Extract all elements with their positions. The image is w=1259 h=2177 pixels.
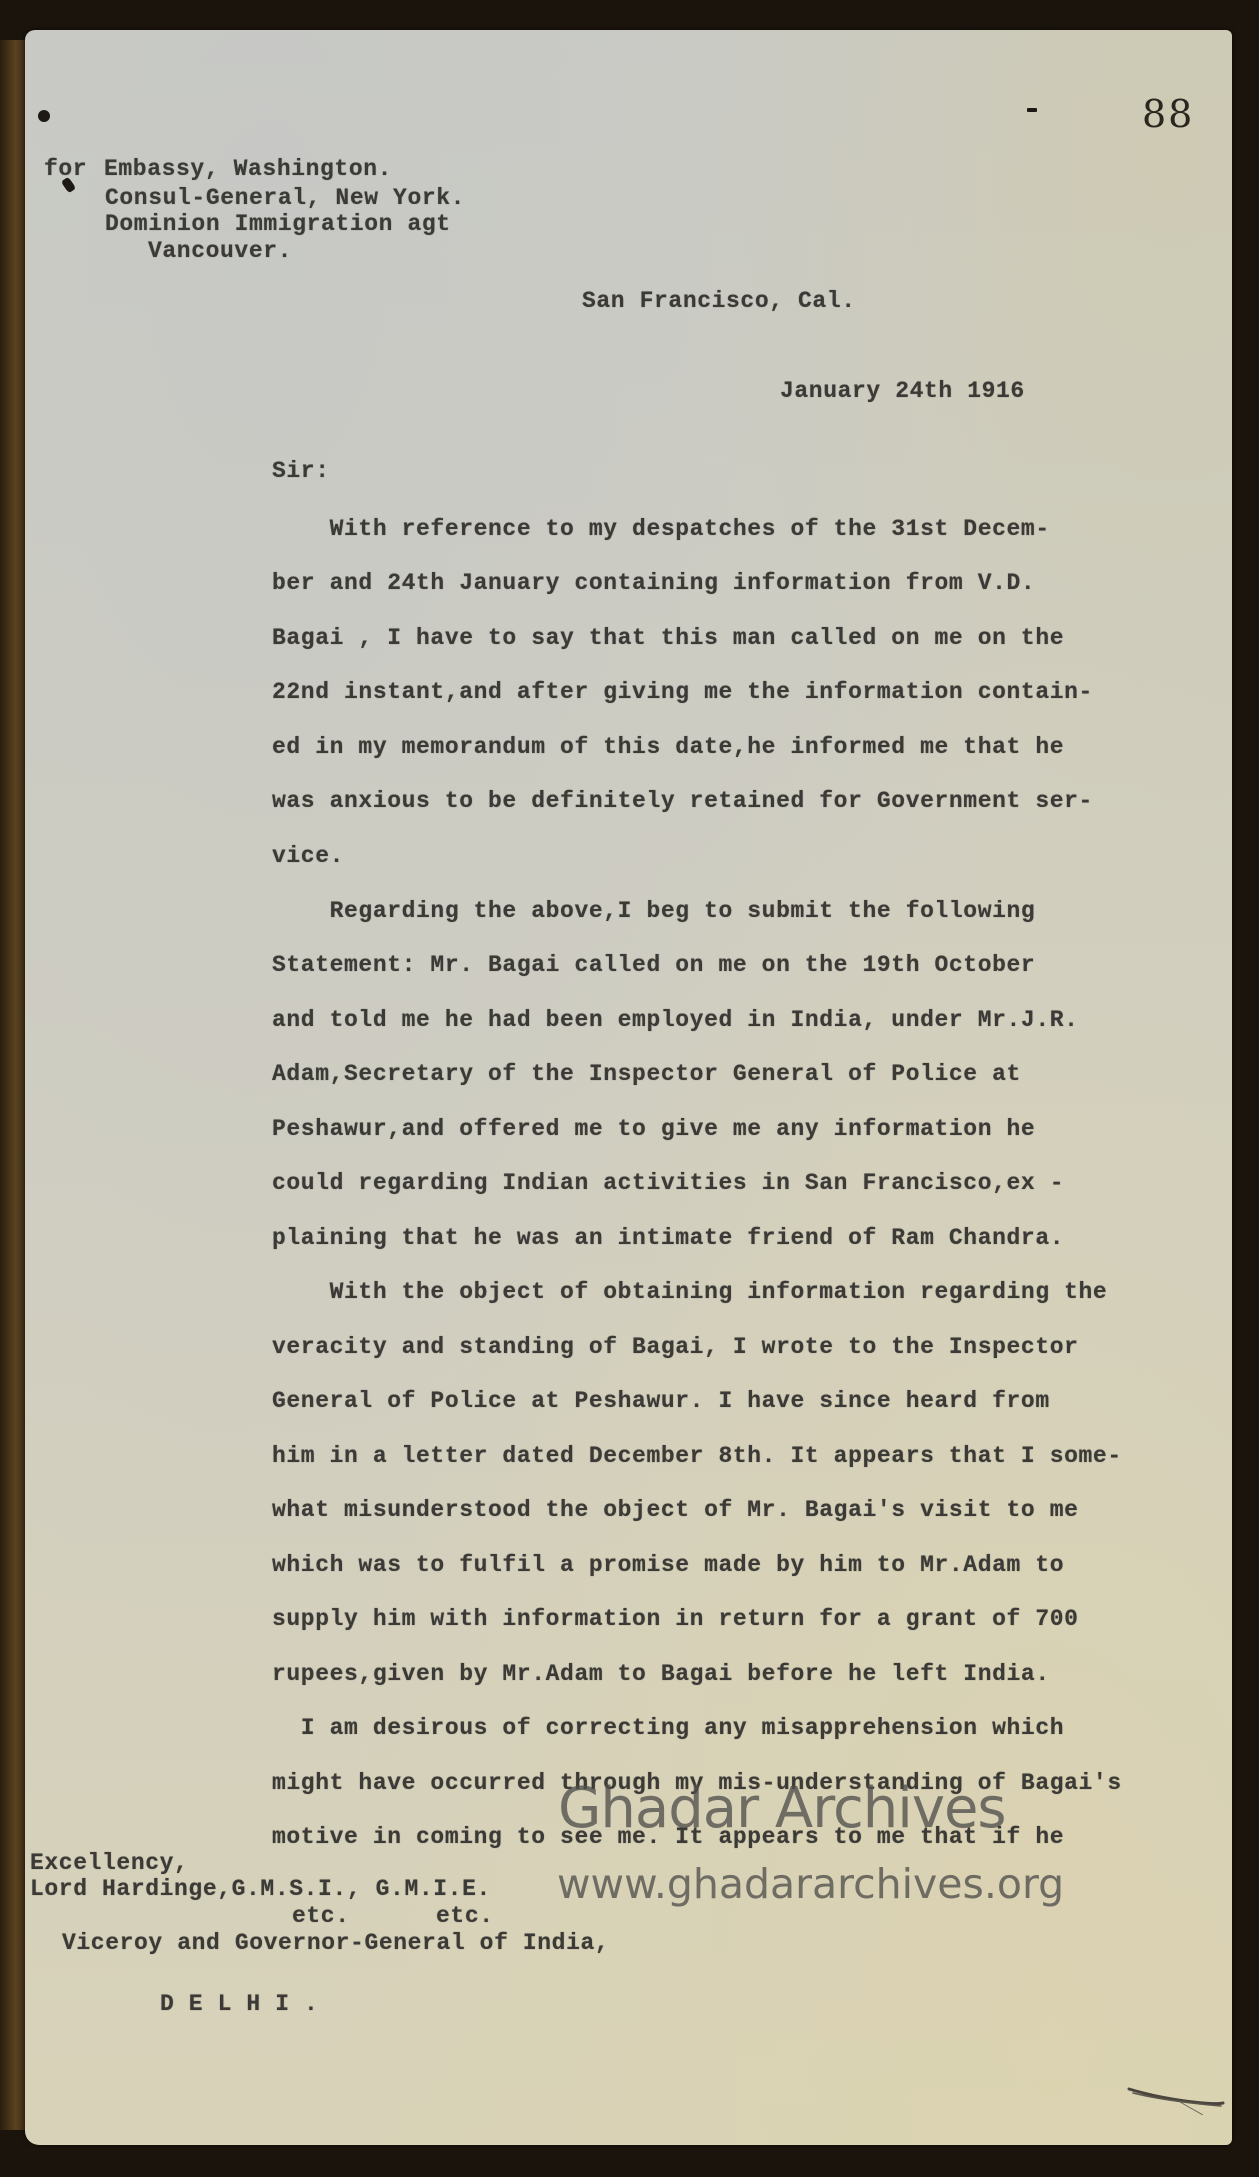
body-line: could regarding Indian activities in San…	[272, 1172, 1064, 1195]
binding-edge	[0, 40, 26, 2130]
addressee-city: D E L H I .	[160, 1993, 318, 2016]
distribution-line: Dominion Immigration agt	[105, 213, 451, 236]
body-line: Peshawur,and offered me to give me any i…	[272, 1118, 1035, 1141]
body-line: was anxious to be definitely retained fo…	[272, 790, 1093, 813]
addressee-name: Lord Hardinge,G.M.S.I., G.M.I.E.	[30, 1878, 491, 1901]
body-line: rupees,given by Mr.Adam to Bagai before …	[272, 1663, 1050, 1686]
body-line: 22nd instant,and after giving me the inf…	[272, 681, 1093, 704]
distribution-prefix: for	[44, 158, 87, 181]
body-line: which was to fulfil a promise made by hi…	[272, 1554, 1064, 1577]
body-line: vice.	[272, 845, 344, 868]
letter-place: San Francisco, Cal.	[582, 290, 856, 313]
body-line: Regarding the above,I beg to submit the …	[272, 900, 1035, 923]
addressee-honorific: Excellency,	[30, 1852, 188, 1875]
body-line: Adam,Secretary of the Inspector General …	[272, 1063, 1021, 1086]
body-line: and told me he had been employed in Indi…	[272, 1009, 1079, 1032]
salutation: Sir:	[272, 460, 330, 483]
folio-number: 88	[1142, 92, 1194, 136]
body-line: supply him with information in return fo…	[272, 1608, 1079, 1631]
pencil-mark-icon	[1125, 2075, 1225, 2115]
body-line: Bagai , I have to say that this man call…	[272, 627, 1064, 650]
distribution-line: Embassy, Washington.	[104, 158, 392, 181]
body-line: I am desirous of correcting any misappre…	[272, 1717, 1064, 1740]
distribution-line: Vancouver.	[148, 240, 292, 263]
body-line: him in a letter dated December 8th. It a…	[272, 1445, 1122, 1468]
addressee-title: Viceroy and Governor-General of India,	[62, 1932, 609, 1955]
body-line: Statement: Mr. Bagai called on me on the…	[272, 954, 1035, 977]
body-line: ber and 24th January containing informat…	[272, 572, 1035, 595]
body-line: veracity and standing of Bagai, I wrote …	[272, 1336, 1079, 1359]
body-line: General of Police at Peshawur. I have si…	[272, 1390, 1050, 1413]
body-line: ed in my memorandum of this date,he info…	[272, 736, 1064, 759]
watermark-url: www.ghadararchives.org	[557, 1860, 1064, 1908]
distribution-line: Consul-General, New York.	[105, 187, 465, 210]
ink-blot	[38, 110, 50, 122]
letter-date: January 24th 1916	[780, 380, 1025, 403]
body-line: With reference to my despatches of the 3…	[272, 518, 1050, 541]
watermark-title: Ghadar Archives	[558, 1776, 1006, 1841]
body-line: plaining that he was an intimate friend …	[272, 1227, 1064, 1250]
ink-dash	[1027, 108, 1037, 112]
body-line: With the object of obtaining information…	[272, 1281, 1107, 1304]
body-line: what misunderstood the object of Mr. Bag…	[272, 1499, 1079, 1522]
addressee-etc: etc. etc.	[292, 1905, 494, 1928]
